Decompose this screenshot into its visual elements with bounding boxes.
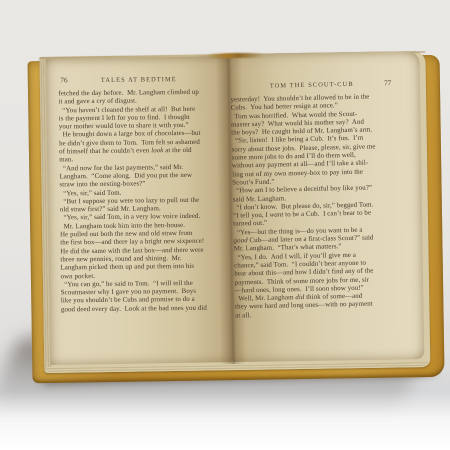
right-running-header: TOM THE SCOUT-CUB [270, 81, 354, 90]
open-book: 76 TALES AT BEDTIME fetched the day befo… [27, 49, 444, 385]
left-page-content: 76 TALES AT BEDTIME fetched the day befo… [58, 75, 222, 315]
left-page-number: 76 [60, 76, 67, 84]
page-block: 76 TALES AT BEDTIME fetched the day befo… [39, 51, 430, 373]
right-page-content: TOM THE SCOUT-CUB 77 yesterday! You shou… [230, 79, 398, 321]
left-page-header: 76 TALES AT BEDTIME [58, 75, 219, 91]
right-page-number: 77 [384, 79, 391, 87]
right-page-text: yesterday! You shouldn’t be allowed to b… [230, 93, 398, 321]
left-page-text: fetched the day before. Mr. Langham clim… [58, 89, 222, 315]
gutter-spine-peek [207, 53, 263, 59]
left-running-header: TALES AT BEDTIME [101, 76, 177, 84]
book-photo: 76 TALES AT BEDTIME fetched the day befo… [0, 0, 450, 450]
